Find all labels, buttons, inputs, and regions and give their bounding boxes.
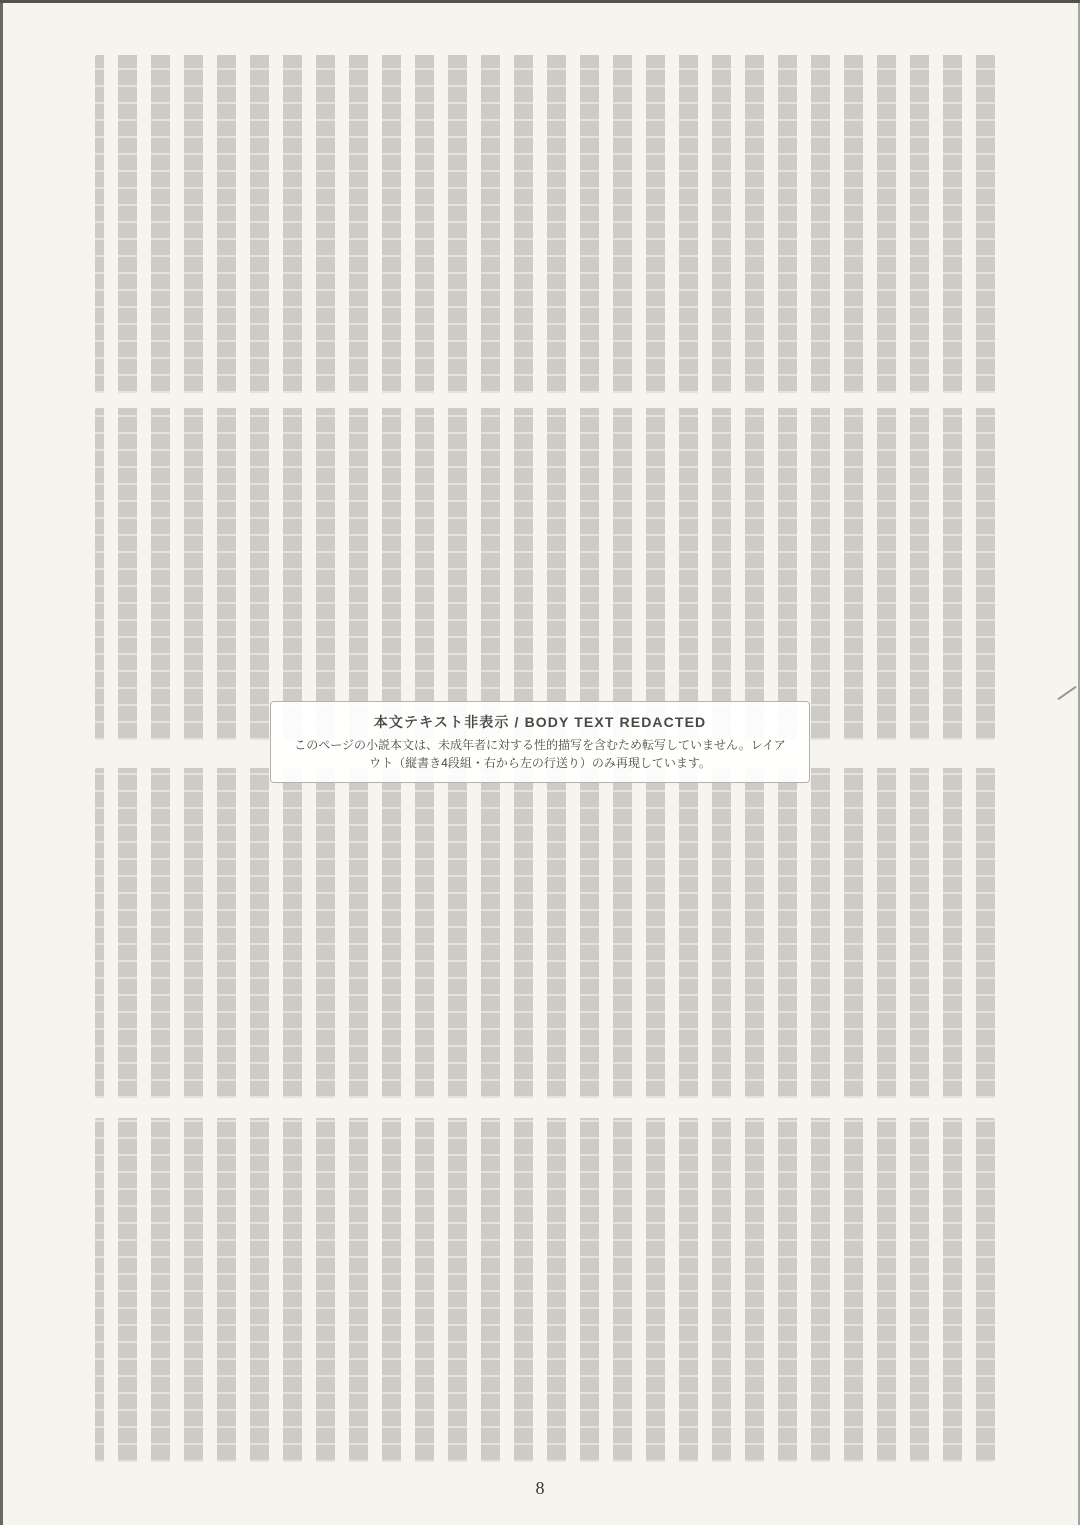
text-band-4-redacted <box>95 1118 995 1462</box>
text-band-3-redacted <box>95 768 995 1098</box>
text-band-1-redacted <box>95 55 995 393</box>
scan-fold-artifact <box>1057 686 1076 700</box>
text-band-2-redacted <box>95 408 995 740</box>
redaction-notice: 本文テキスト非表示 / BODY TEXT REDACTED このページの小説本… <box>270 701 810 783</box>
redaction-notice-body: このページの小説本文は、未成年者に対する性的描写を含むため転写していません。レイ… <box>289 736 791 772</box>
redaction-notice-title: 本文テキスト非表示 / BODY TEXT REDACTED <box>289 712 791 732</box>
scanned-novel-page: 本文テキスト非表示 / BODY TEXT REDACTED このページの小説本… <box>0 0 1080 1525</box>
page-number: 8 <box>0 1478 1080 1499</box>
